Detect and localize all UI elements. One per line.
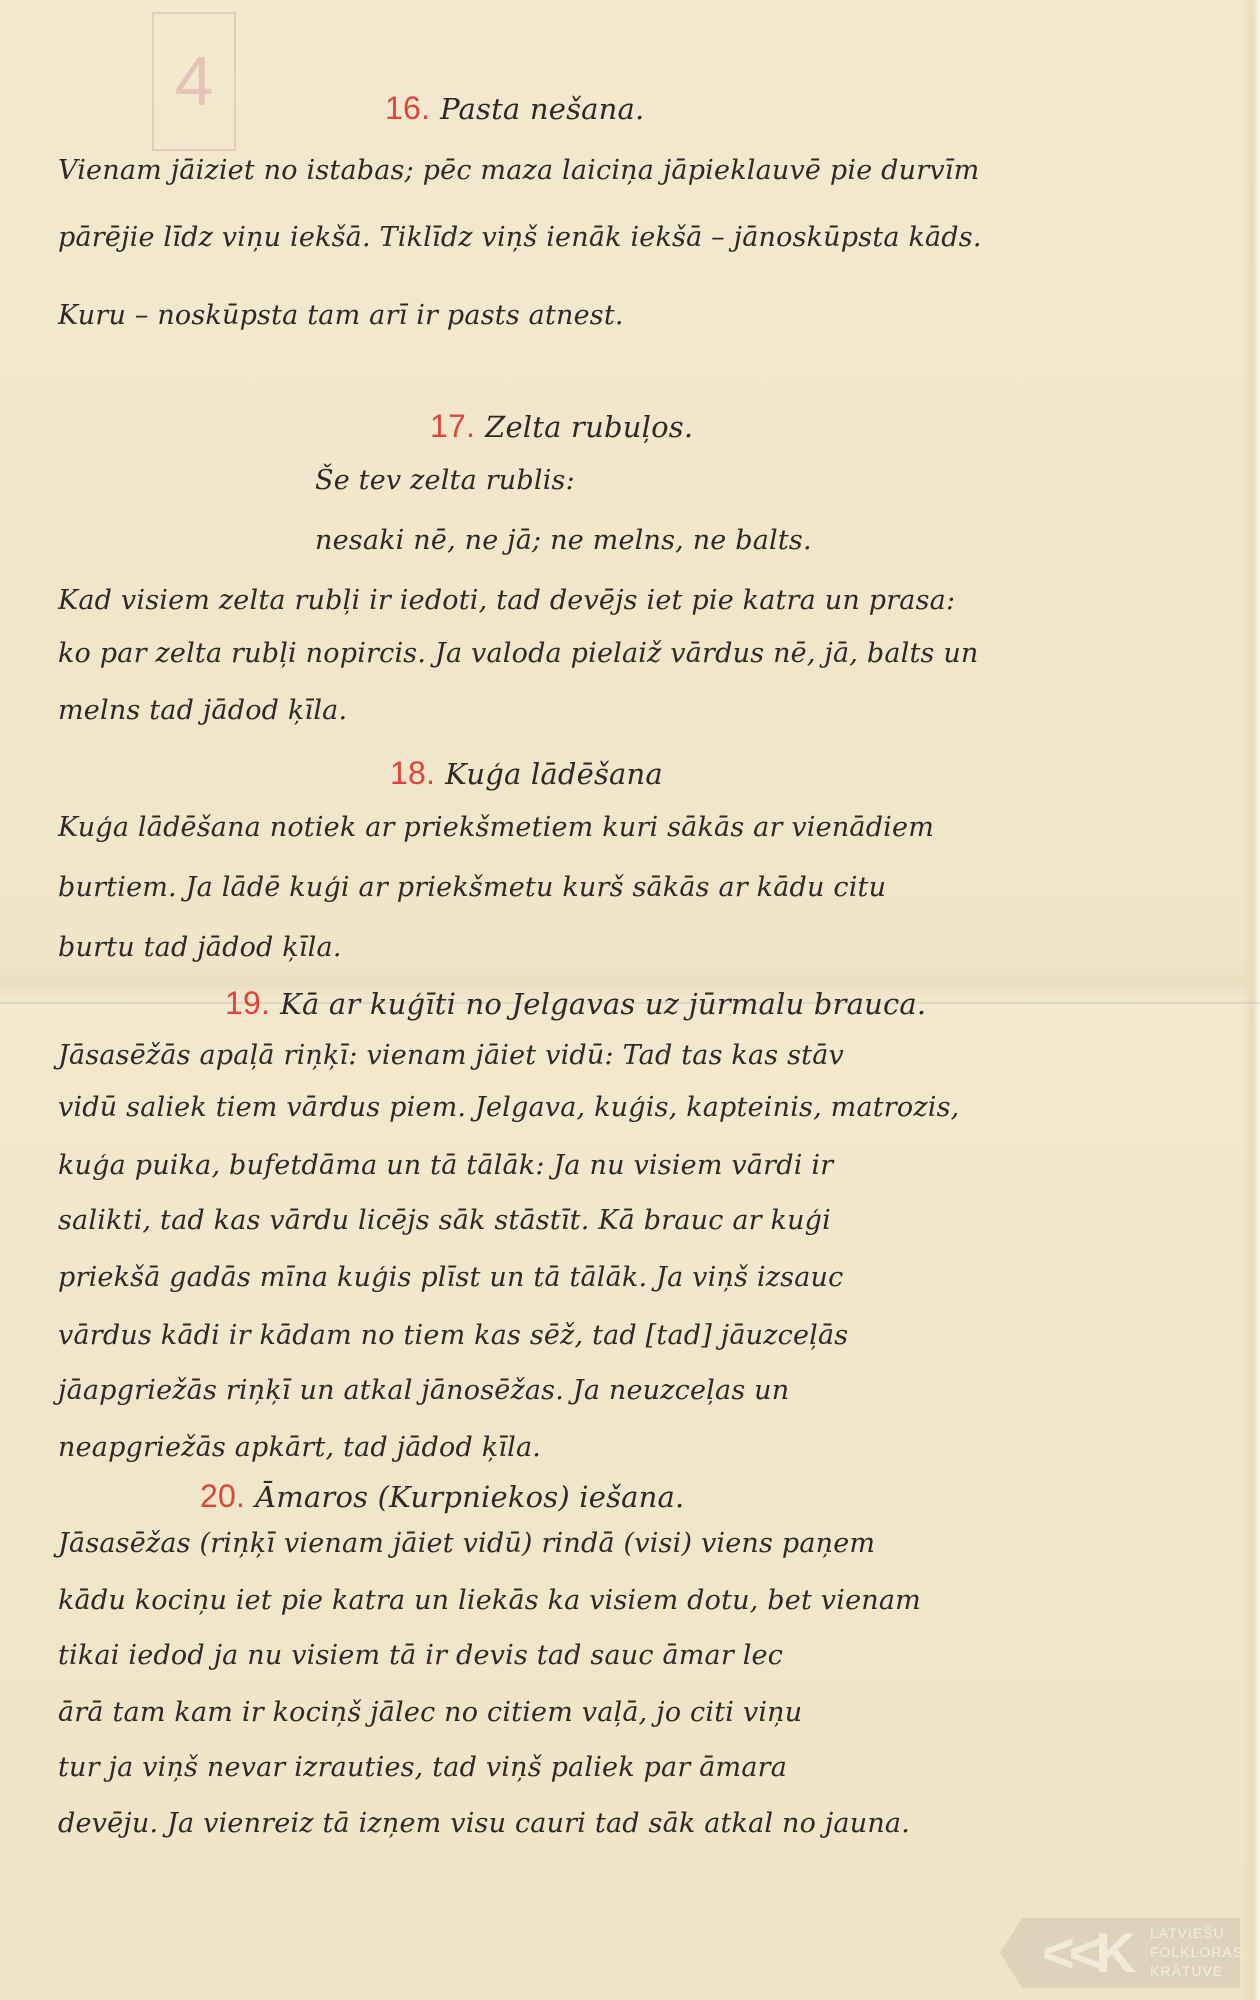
text-line: salikti, tad kas vārdu licējs sāk stāstī… bbox=[58, 1205, 1220, 1236]
text-line: jāapgriežās riņķī un atkal jānosēžas. Ja… bbox=[58, 1375, 1220, 1406]
archive-logo: <<K LATVIEŠU FOLKLORAS KRĀTUVE bbox=[1000, 1918, 1240, 1988]
lfk-logo-icon: <<K bbox=[1042, 1922, 1130, 1984]
text-line: tikai iedod ja nu visiem tā ir devis tad… bbox=[58, 1640, 1220, 1671]
section-heading-20: 20.Āmaros (Kurpniekos) iešana. bbox=[200, 1478, 1220, 1515]
logo-line-3: KRĀTUVE bbox=[1150, 1962, 1243, 1981]
section-heading-18: 18.Kuģa lādēšana bbox=[390, 755, 1220, 792]
text-line: burtiem. Ja lādē kuģi ar priekšmetu kurš… bbox=[58, 872, 1220, 903]
verse-line: Še tev zelta rublis: bbox=[315, 465, 1220, 496]
section-heading-17: 17.Zelta rubuļos. bbox=[430, 408, 1220, 445]
text-line: ārā tam kam ir kociņš jālec no citiem va… bbox=[58, 1697, 1220, 1728]
section-heading-19: 19.Kā ar kuģīti no Jelgavas uz jūrmalu b… bbox=[225, 985, 1220, 1022]
text-line: burtu tad jādod ķīla. bbox=[58, 932, 1220, 963]
text-line: melns tad jādod ķīla. bbox=[58, 695, 1220, 726]
section-heading-16: 16.Pasta nešana. bbox=[385, 90, 1220, 127]
section-number: 18. bbox=[390, 755, 435, 791]
text-line: Kad visiem zelta rubļi ir iedoti, tad de… bbox=[58, 585, 1220, 616]
section-number: 19. bbox=[225, 985, 270, 1021]
text-line: neapgriežās apkārt, tad jādod ķīla. bbox=[58, 1432, 1220, 1463]
paper-edge bbox=[1242, 0, 1260, 2000]
text-line: tur ja viņš nevar izrauties, tad viņš pa… bbox=[58, 1752, 1220, 1783]
text-line: Kuģa lādēšana notiek ar priekšmetiem kur… bbox=[58, 812, 1220, 843]
text-line: vidū saliek tiem vārdus piem. Jelgava, k… bbox=[58, 1092, 1220, 1123]
logo-line-2: FOLKLORAS bbox=[1150, 1943, 1243, 1962]
logo-arrow-shape bbox=[1000, 1918, 1022, 1988]
text-line: pārējie līdz viņu iekšā. Tiklīdz viņš ie… bbox=[58, 222, 1220, 253]
verse-line: nesaki nē, ne jā; ne melns, ne balts. bbox=[315, 525, 1220, 556]
text-line: ko par zelta rubļi nopircis. Ja valoda p… bbox=[58, 638, 1220, 669]
section-title: Kā ar kuģīti no Jelgavas uz jūrmalu brau… bbox=[280, 987, 926, 1021]
logo-line-1: LATVIEŠU bbox=[1150, 1924, 1243, 1943]
section-title: Pasta nešana. bbox=[440, 92, 644, 126]
text-line: Vienam jāiziet no istabas; pēc maza laic… bbox=[58, 155, 1220, 186]
logo-text: LATVIEŠU FOLKLORAS KRĀTUVE bbox=[1150, 1924, 1243, 1981]
section-number: 20. bbox=[200, 1478, 245, 1514]
section-title: Zelta rubuļos. bbox=[485, 410, 693, 444]
text-line: vārdus kādi ir kādam no tiem kas sēž, ta… bbox=[58, 1320, 1220, 1351]
section-number: 16. bbox=[385, 90, 430, 126]
section-title: Kuģa lādēšana bbox=[445, 757, 663, 791]
text-line: Jāsasēžas (riņķī vienam jāiet vidū) rind… bbox=[58, 1528, 1220, 1559]
section-number: 17. bbox=[430, 408, 475, 444]
page-number-mark: 4 bbox=[152, 12, 236, 151]
section-title: Āmaros (Kurpniekos) iešana. bbox=[255, 1480, 684, 1514]
manuscript-page: 4 16.Pasta nešana. Vienam jāiziet no ist… bbox=[0, 0, 1260, 2000]
text-line: Kuru – noskūpsta tam arī ir pasts atnest… bbox=[58, 300, 1220, 331]
text-line: kādu kociņu iet pie katra un liekās ka v… bbox=[58, 1585, 1220, 1616]
text-line: devēju. Ja vienreiz tā izņem visu cauri … bbox=[58, 1808, 1220, 1839]
text-line: priekšā gadās mīna kuģis plīst un tā tāl… bbox=[58, 1262, 1220, 1293]
text-line: kuģa puika, bufetdāma un tā tālāk: Ja nu… bbox=[58, 1150, 1220, 1181]
text-line: Jāsasēžās apaļā riņķī: vienam jāiet vidū… bbox=[58, 1040, 1220, 1071]
